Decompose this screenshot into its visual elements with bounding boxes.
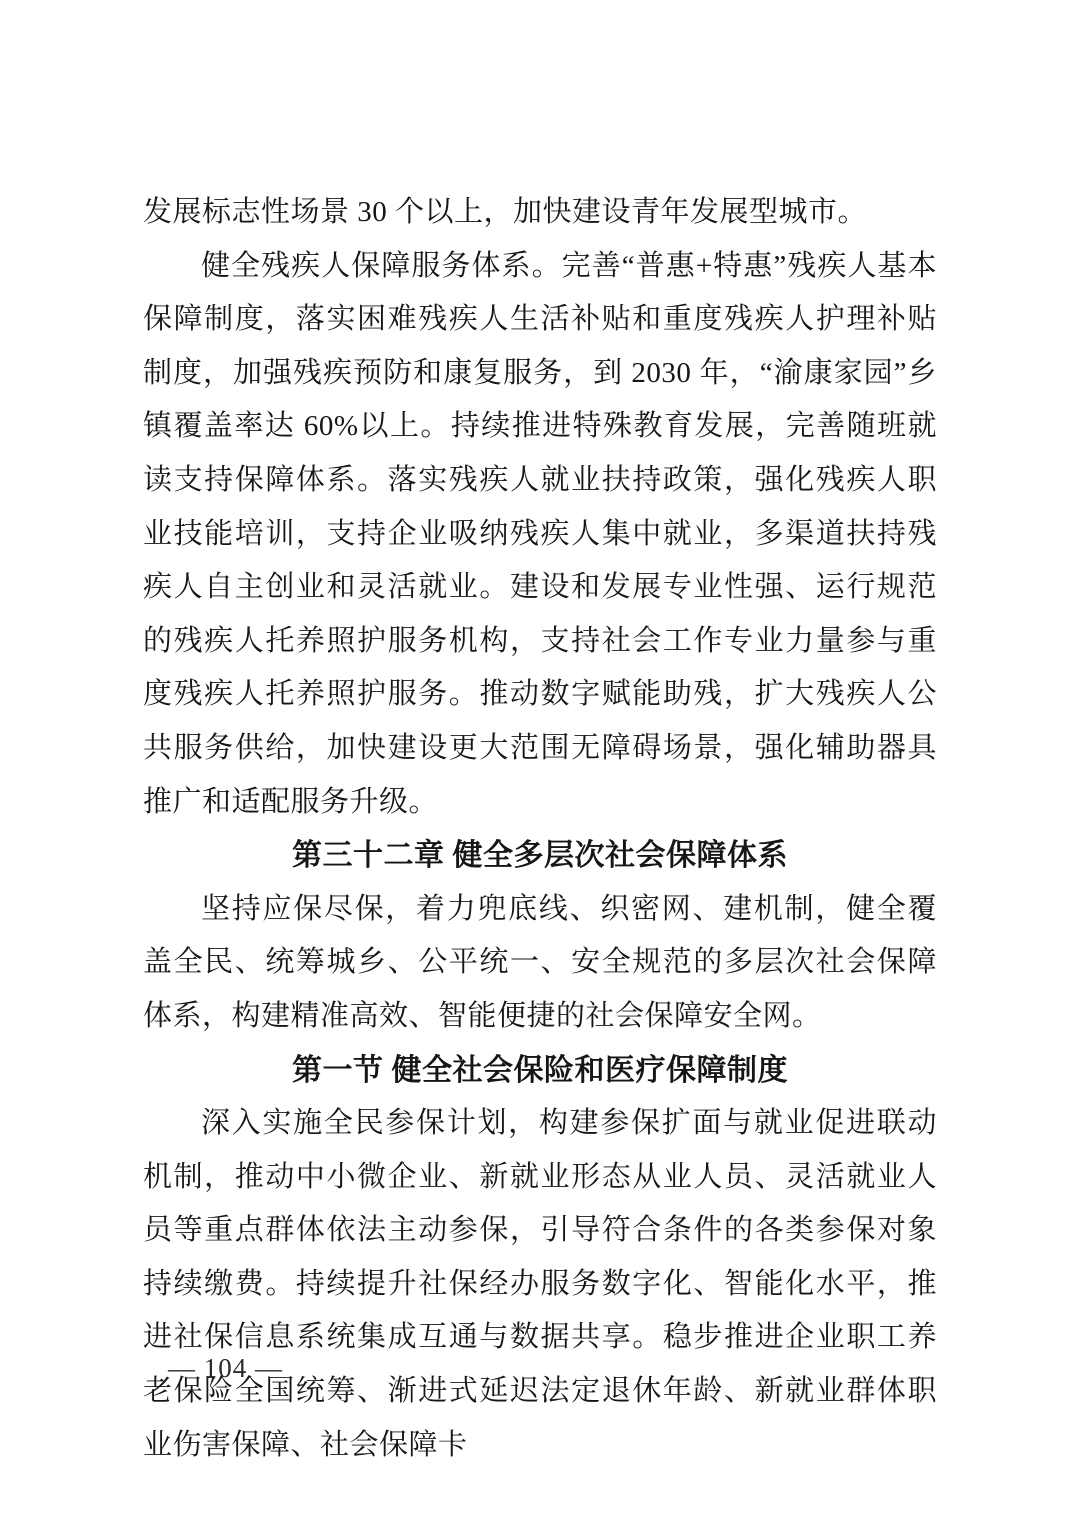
chapter-heading: 第三十二章 健全多层次社会保障体系	[143, 829, 937, 883]
section-heading: 第一节 健全社会保险和医疗保障制度	[143, 1044, 937, 1098]
paragraph-youth-city-continued: 发展标志性场景 30 个以上，加快建设青年发展型城市。	[143, 186, 937, 240]
paragraph-insurance-participation: 深入实施全民参保计划，构建参保扩面与就业促进联动机制，推动中小微企业、新就业形态…	[143, 1097, 937, 1472]
text-block: 发展标志性场景 30 个以上，加快建设青年发展型城市。 健全残疾人保障服务体系。…	[143, 186, 937, 1472]
paragraph-social-security-network: 坚持应保尽保，着力兜底线、织密网、建机制，健全覆盖全民、统筹城乡、公平统一、安全…	[143, 883, 937, 1044]
page-number: — 104 —	[168, 1348, 283, 1388]
paragraph-disabled-services: 健全残疾人保障服务体系。完善“普惠+特惠”残疾人基本保障制度，落实困难残疾人生活…	[143, 240, 937, 830]
document-page: 发展标志性场景 30 个以上，加快建设青年发展型城市。 健全残疾人保障服务体系。…	[0, 0, 1074, 1520]
